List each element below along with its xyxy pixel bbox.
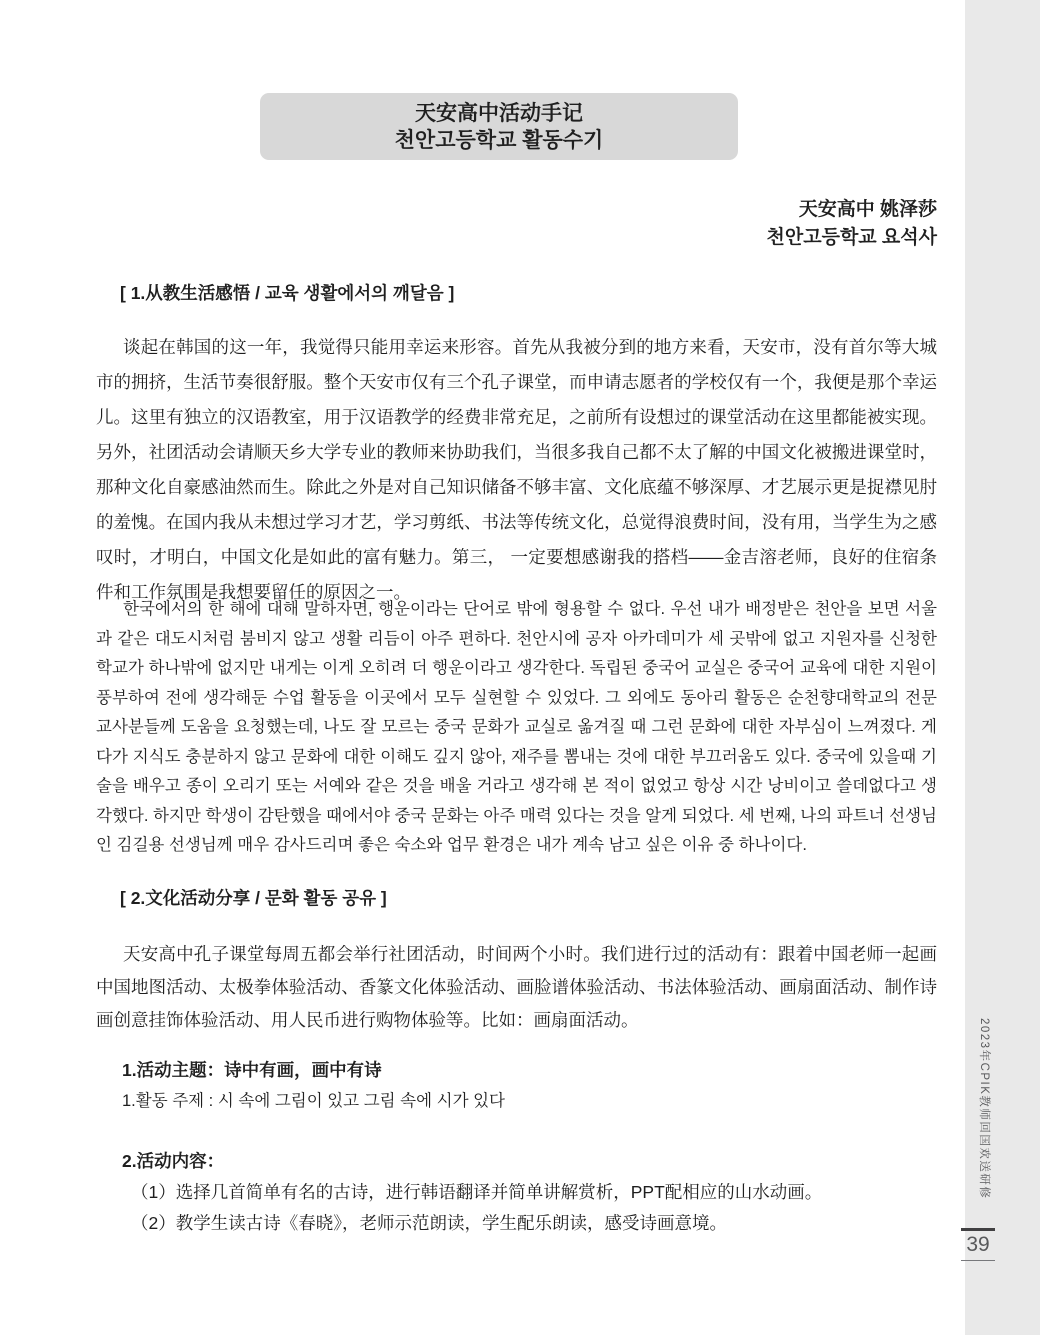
author-block: 天安高中 姚泽莎 천안고등학교 요석사 [96, 196, 937, 252]
activity-theme-ko: 1.활동 주제 : 시 속에 그림이 있고 그림 속에 시가 있다 [122, 1090, 922, 1112]
page-title-zh: 天安高中活动手记 [415, 100, 583, 127]
section1-paragraph-zh: 谈起在韩国的这一年，我觉得只能用幸运来形容。首先从我被分到的地方来看，天安市，没… [96, 330, 937, 610]
page-title-ko: 천안고등학교 활동수기 [395, 127, 604, 154]
activity-content-item-2: （2）教学生读古诗《春晓》，老师示范朗读，学生配乐朗读，感受诗画意境。 [131, 1212, 921, 1234]
section2-heading: [ 2.文化活动分享 / 문화 활동 공유 ] [120, 887, 920, 909]
activity-theme-zh: 1.活动主题：诗中有画，画中有诗 [122, 1059, 922, 1081]
section1-heading: [ 1.从教生活感悟 / 교육 생활에서의 깨달음 ] [120, 282, 920, 304]
activity-content-label: 2.活动内容： [122, 1150, 922, 1172]
title-box: 天安高中活动手记 천안고등학교 활동수기 [260, 93, 738, 160]
page-number: 39 [961, 1231, 995, 1259]
document-page: { "colors": { "page_bg": "#ffffff", "tex… [0, 0, 1040, 1335]
sidebar-vertical-label: 2023年CPIK教师回国欢送研修 [976, 1018, 991, 1199]
page-number-rule-bottom [961, 1260, 995, 1261]
activity-content-item-1: （1）选择几首简单有名的古诗，进行韩语翻译并简单讲解赏析，PPT配相应的山水动画… [131, 1181, 921, 1203]
author-name-zh: 天安高中 姚泽莎 [96, 196, 937, 224]
section1-paragraph-ko: 한국에서의 한 해에 대해 말하자면, 행운이라는 단어로 밖에 형용할 수 없… [96, 595, 937, 861]
section2-paragraph-zh: 天安高中孔子课堂每周五都会举行社团活动，时间两个小时。我们进行过的活动有：跟着中… [96, 938, 937, 1037]
author-name-ko: 천안고등학교 요석사 [96, 224, 937, 252]
